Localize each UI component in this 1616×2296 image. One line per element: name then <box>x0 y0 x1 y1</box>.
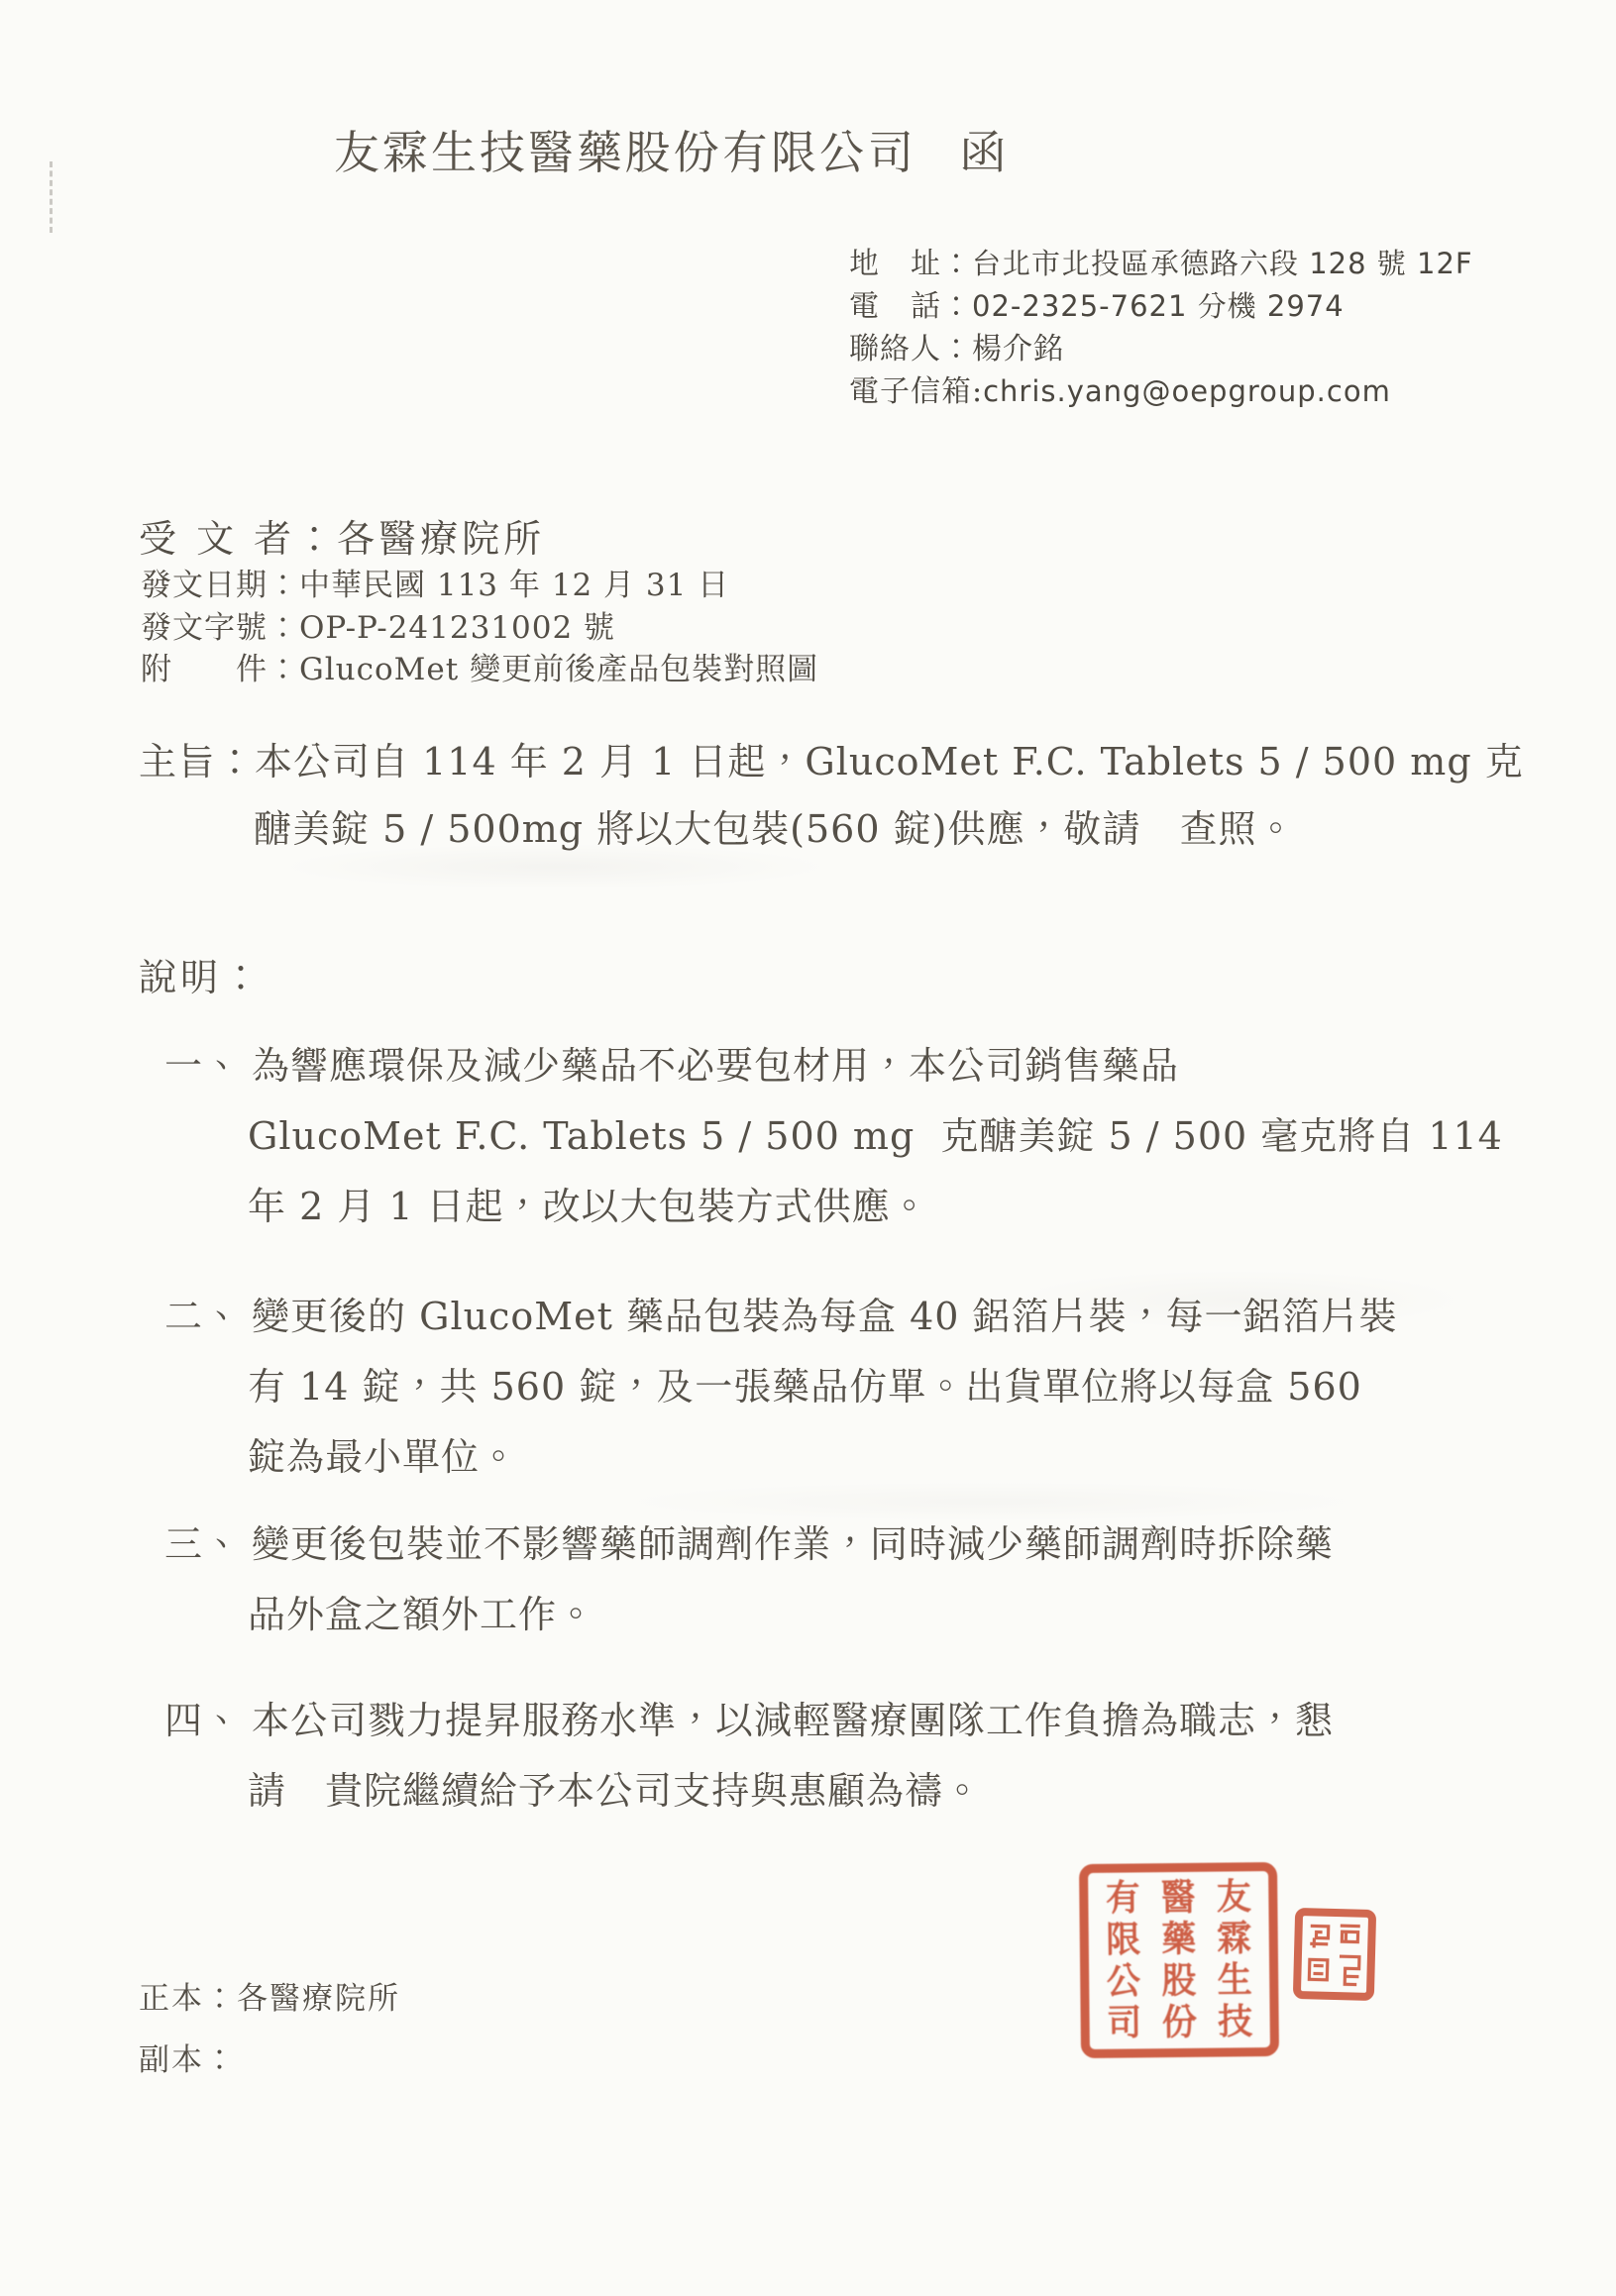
document-type: 函 <box>960 126 1009 179</box>
contact-person-label: 聯絡人： <box>849 332 972 366</box>
item-3-line-1: 三、變更後包裝並不影響藥師調劑作業，同時減少藥師調劑時拆除藥 <box>164 1510 1542 1580</box>
phone-value: 02-2325-7621 分機 2974 <box>972 289 1345 323</box>
item-4-line-1: 四、本公司戮力提昇服務水準，以減輕醫療團隊工作負擔為職志，懇 <box>164 1686 1542 1756</box>
item-2-number: 二、 <box>164 1295 252 1338</box>
dispatch-date-label: 發文日期： <box>141 568 299 603</box>
seal-char: 限 <box>1096 1919 1151 1962</box>
contact-email: 電子信箱:chris.yang@oepgroup.com <box>849 370 1473 413</box>
contact-person-value: 楊介銘 <box>972 332 1064 366</box>
seal-char: 份 <box>1151 2001 1207 2044</box>
dispatch-date-value: 中華民國 113 年 12 月 31 日 <box>299 568 729 603</box>
item-3-text-1: 變更後包裝並不影響藥師調劑作業，同時減少藥師調劑時拆除藥 <box>252 1522 1334 1566</box>
item-3-text-2: 品外盒之額外工作。 <box>164 1580 1542 1650</box>
seal-char: 技 <box>1207 2000 1262 2043</box>
item-2-text-2: 有 14 錠，共 560 錠，及一張藥品仿單。出貨單位將以每盒 560 <box>164 1352 1542 1422</box>
item-1-number: 一、 <box>164 1044 252 1088</box>
original-value: 各醫療院所 <box>237 1981 400 2017</box>
seal-char: 有 <box>1095 1877 1150 1921</box>
explanation-item-2: 二、變更後的 GlucoMet 藥品包裝為每盒 40 鋁箔片裝，每一鋁箔片裝 有… <box>164 1282 1542 1493</box>
seal-char: 友 <box>1206 1875 1261 1919</box>
attachment: 附 件：GlucoMet 變更前後產品包裝對照圖 <box>141 649 818 691</box>
dispatch-number: 發文字號：OP-P-241231002 號 <box>141 607 818 650</box>
address-value: 台北市北投區承德路六段 128 號 12F <box>972 247 1473 280</box>
item-1-line-1: 一、為響應環保及減少藥品不必要包材用，本公司銷售藥品 <box>164 1031 1542 1101</box>
explanation-heading: 說明： <box>139 947 264 1001</box>
explanation-item-3: 三、變更後包裝並不影響藥師調劑作業，同時減少藥師調劑時拆除藥 品外盒之額外工作。 <box>164 1510 1542 1650</box>
dispatch-info-block: 發文日期：中華民國 113 年 12 月 31 日 發文字號：OP-P-2412… <box>141 565 818 691</box>
explanation-item-1: 一、為響應環保及減少藥品不必要包材用，本公司銷售藥品 GlucoMet F.C.… <box>164 1031 1542 1242</box>
document-title: 友霖生技醫藥股份有限公司函 <box>0 117 1343 182</box>
original-recipient-line: 正本：各醫療院所 <box>139 1973 400 2018</box>
subject-text-2: 醣美錠 5 / 500mg 將以大包裝(560 錠)供應，敬請 查照。 <box>139 795 1556 863</box>
item-1-text-3: 年 2 月 1 日起，改以大包裝方式供應。 <box>164 1172 1542 1242</box>
address-label: 地 址： <box>849 247 972 281</box>
dispatch-date: 發文日期：中華民國 113 年 12 月 31 日 <box>141 565 818 607</box>
item-4-number: 四、 <box>164 1699 252 1742</box>
recipient-label: 受 文 者： <box>139 517 337 561</box>
contact-person: 聯絡人：楊介銘 <box>849 328 1473 370</box>
small-seal-glyphs <box>1301 1916 1368 1993</box>
contact-block: 地 址：台北市北投區承德路六段 128 號 12F 電 話：02-2325-76… <box>849 243 1473 413</box>
recipient-value: 各醫療院所 <box>337 517 545 561</box>
seal-char: 醫 <box>1150 1876 1206 1920</box>
company-seal-icon: 友 霖 生 技 醫 藥 股 份 有 限 公 司 <box>1079 1862 1279 2058</box>
subject-block: 主旨：本公司自 114 年 2 月 1 日起，GlucoMet F.C. Tab… <box>139 728 1556 863</box>
company-name: 友霖生技醫藥股份有限公司 <box>334 126 916 179</box>
item-1-text-2: GlucoMet F.C. Tablets 5 / 500 mg 克醣美錠 5 … <box>164 1101 1542 1172</box>
email-label: 電子信箱: <box>849 374 983 409</box>
seal-char: 司 <box>1096 2002 1151 2045</box>
phone-label: 電 話： <box>849 289 972 324</box>
recipient-line: 受 文 者：各醫療院所 <box>139 508 545 563</box>
seal-char: 股 <box>1151 1959 1207 2003</box>
dispatch-number-label: 發文字號： <box>141 610 299 646</box>
item-4-text-1: 本公司戮力提昇服務水準，以減輕醫療團隊工作負擔為職志，懇 <box>252 1699 1334 1742</box>
original-label: 正本： <box>139 1981 237 2017</box>
attachment-value: GlucoMet 變更前後產品包裝對照圖 <box>299 652 818 687</box>
copy-label: 副本： <box>139 2042 237 2078</box>
dispatch-number-value: OP-P-241231002 號 <box>299 610 615 646</box>
subject-label: 主旨： <box>139 740 255 783</box>
item-2-text-1: 變更後的 GlucoMet 藥品包裝為每盒 40 鋁箔片裝，每一鋁箔片裝 <box>252 1295 1397 1338</box>
seal-char: 藥 <box>1151 1918 1207 1961</box>
item-4-text-2: 請 貴院繼續給予本公司支持與惠顧為禱。 <box>164 1756 1542 1826</box>
email-value: chris.yang@oepgroup.com <box>983 374 1391 408</box>
copy-recipient-line: 副本： <box>139 2035 237 2079</box>
subject-text-1: 本公司自 114 年 2 月 1 日起，GlucoMet F.C. Tablet… <box>255 740 1524 783</box>
seal-char: 生 <box>1207 1958 1262 2002</box>
seal-char: 公 <box>1096 1960 1151 2004</box>
explanation-item-4: 四、本公司戮力提昇服務水準，以減輕醫療團隊工作負擔為職志，懇 請 貴院繼續給予本… <box>164 1686 1542 1826</box>
letter-page: 友霖生技醫藥股份有限公司函 地 址：台北市北投區承德路六段 128 號 12F … <box>0 0 1616 2296</box>
subject-line: 主旨：本公司自 114 年 2 月 1 日起，GlucoMet F.C. Tab… <box>139 728 1556 795</box>
item-3-number: 三、 <box>164 1522 252 1566</box>
contact-address: 地 址：台北市北投區承德路六段 128 號 12F <box>849 243 1473 285</box>
item-2-text-3: 錠為最小單位。 <box>164 1422 1542 1493</box>
contact-phone: 電 話：02-2325-7621 分機 2974 <box>849 285 1473 328</box>
item-2-line-1: 二、變更後的 GlucoMet 藥品包裝為每盒 40 鋁箔片裝，每一鋁箔片裝 <box>164 1282 1542 1352</box>
item-1-text-1: 為響應環保及減少藥品不必要包材用，本公司銷售藥品 <box>252 1044 1179 1088</box>
attachment-label: 附 件： <box>141 652 299 687</box>
seal-char: 霖 <box>1207 1917 1262 1960</box>
small-seal-icon <box>1293 1908 1376 2001</box>
